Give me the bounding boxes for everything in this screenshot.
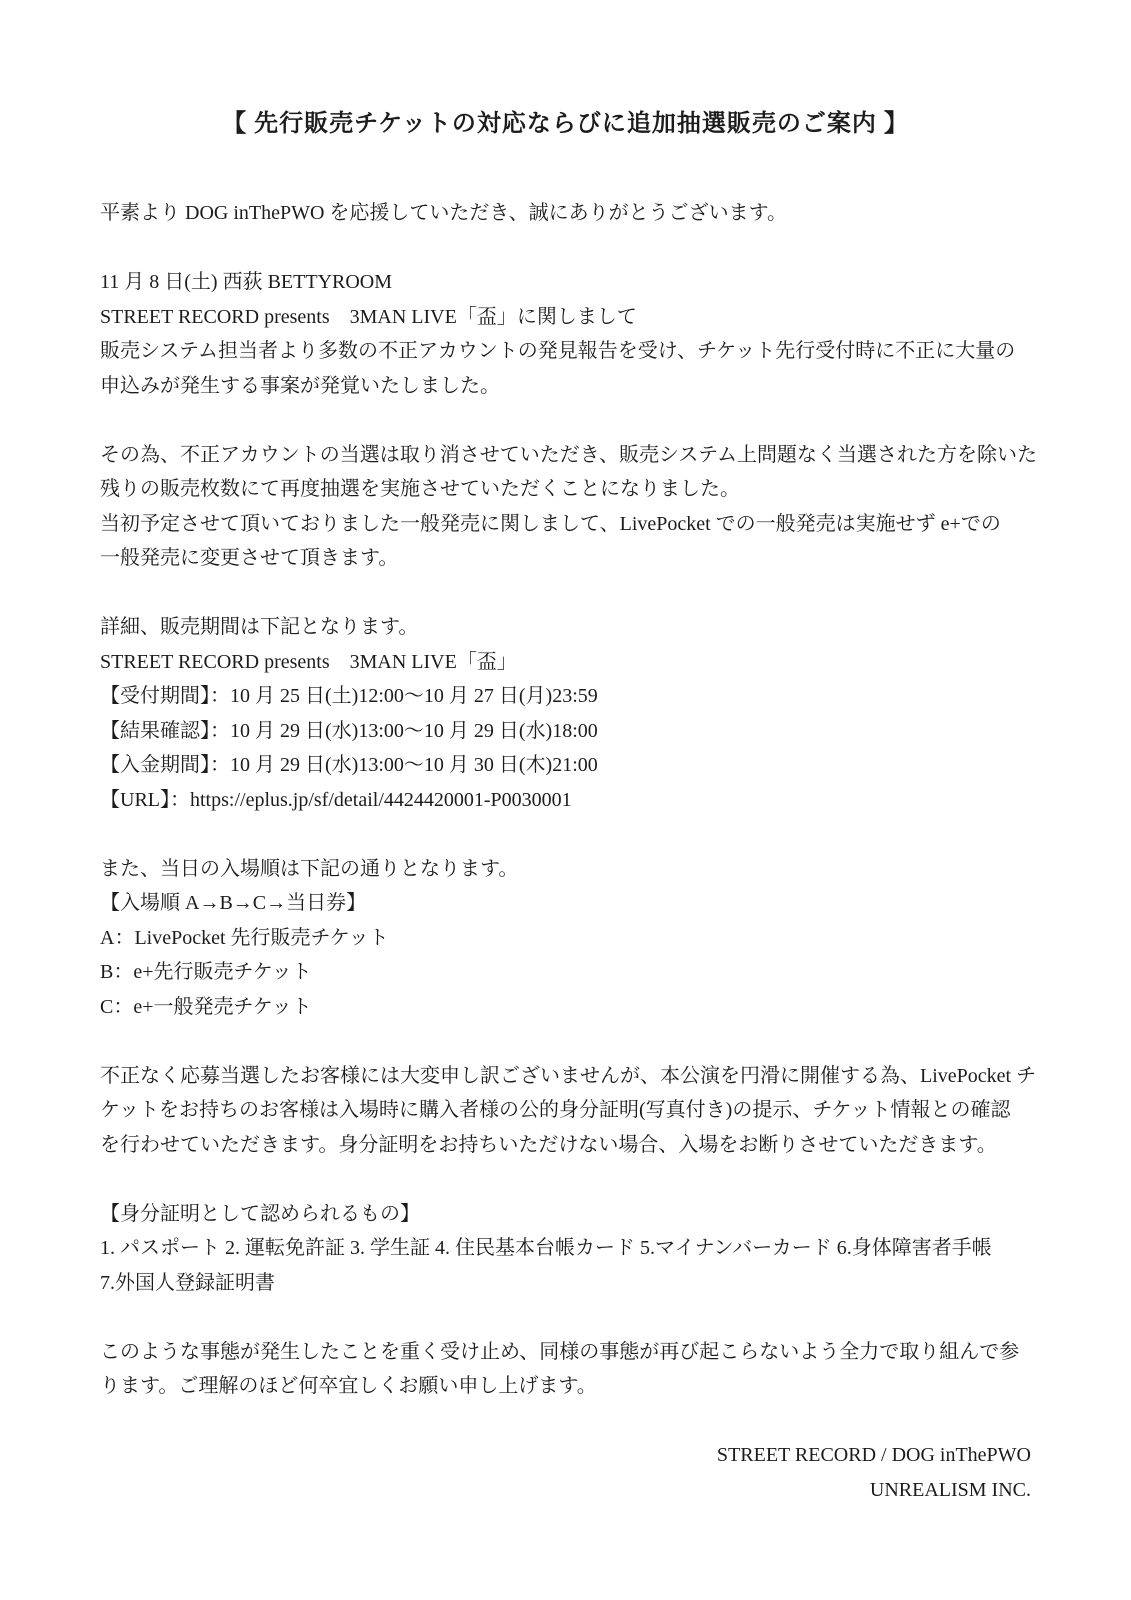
event-title-line: STREET RECORD presents 3MAN LIVE「盃」: [100, 645, 1031, 680]
page-title: 【 先行販売チケットの対応ならびに追加抽選販売のご案内 】: [100, 104, 1031, 144]
signature-organizer-line: STREET RECORD / DOG inThePWO: [100, 1438, 1031, 1473]
entry-group-a-line: A：LivePocket 先行販売チケット: [100, 921, 1031, 956]
text-line: 当初予定させて頂いておりました一般発売に関しまして、LivePocket での一…: [100, 507, 1031, 542]
text-line: ります。ご理解のほど何卒宜しくお願い申し上げます。: [100, 1369, 1031, 1404]
accepted-ids-heading-line: 【身分証明として認められるもの】: [100, 1197, 1031, 1232]
ticket-url-line: 【URL】：https://eplus.jp/sf/detail/4424420…: [100, 783, 1031, 818]
text-line: 平素より DOG inThePWO を応援していただき、誠にありがとうございます…: [100, 196, 1031, 231]
sales-period-intro-line: 詳細、販売期間は下記となります。: [100, 610, 1031, 645]
entry-order-heading-line: 【入場順 A→B→C→当日券】: [100, 886, 1031, 921]
event-title-line: STREET RECORD presents 3MAN LIVE「盃」に関しまし…: [100, 300, 1031, 335]
signature-company-line: UNREALISM INC.: [100, 1473, 1031, 1508]
block-accepted-ids: 【身分証明として認められるもの】 1. パスポート 2. 運転免許証 3. 学生…: [100, 1197, 1031, 1301]
text-line: 販売システム担当者より多数の不正アカウントの発見報告を受け、チケット先行受付時に…: [100, 334, 1031, 369]
text-line: このような事態が発生したことを重く受け止め、同様の事態が再び起こらないよう全力で…: [100, 1335, 1031, 1370]
event-date-venue-line: 11 月 8 日(土) 西荻 BETTYROOM: [100, 265, 1031, 300]
block-entry-order: また、当日の入場順は下記の通りとなります。 【入場順 A→B→C→当日券】 A：…: [100, 852, 1031, 1025]
text-line: ケットをお持ちのお客様は入場時に購入者様の公的身分証明(写真付き)の提示、チケッ…: [100, 1093, 1031, 1128]
result-check-line: 【結果確認】：10 月 29 日(水)13:00〜10 月 29 日(水)18:…: [100, 714, 1031, 749]
paragraph-id-verification: 不正なく応募当選したお客様には大変申し訳ございませんが、本公演を円滑に開催する為…: [100, 1059, 1031, 1163]
block-sales-period: 詳細、販売期間は下記となります。 STREET RECORD presents …: [100, 610, 1031, 817]
reception-period-line: 【受付期間】：10 月 25 日(土)12:00〜10 月 27 日(月)23:…: [100, 679, 1031, 714]
entry-group-b-line: B：e+先行販売チケット: [100, 955, 1031, 990]
payment-period-line: 【入金期間】：10 月 29 日(水)13:00〜10 月 30 日(木)21:…: [100, 748, 1031, 783]
paragraph-closing: このような事態が発生したことを重く受け止め、同様の事態が再び起こらないよう全力で…: [100, 1335, 1031, 1404]
text-line: 一般発売に変更させて頂きます。: [100, 541, 1031, 576]
paragraph-relottery-measures: その為、不正アカウントの当選は取り消させていただき、販売システム上問題なく当選さ…: [100, 438, 1031, 576]
paragraph-event-incident: 11 月 8 日(土) 西荻 BETTYROOM STREET RECORD p…: [100, 265, 1031, 403]
accepted-ids-list-line: 7.外国人登録証明書: [100, 1266, 1031, 1301]
text-line: を行わせていただきます。身分証明をお持ちいただけない場合、入場をお断りさせていた…: [100, 1128, 1031, 1163]
text-line: 残りの販売枚数にて再度抽選を実施させていただくことになりました。: [100, 472, 1031, 507]
text-line: その為、不正アカウントの当選は取り消させていただき、販売システム上問題なく当選さ…: [100, 438, 1031, 473]
notice-document: 【 先行販売チケットの対応ならびに追加抽選販売のご案内 】 平素より DOG i…: [0, 0, 1131, 1600]
text-line: 不正なく応募当選したお客様には大変申し訳ございませんが、本公演を円滑に開催する為…: [100, 1059, 1031, 1094]
text-line: 申込みが発生する事案が発覚いたしました。: [100, 369, 1031, 404]
entry-order-intro-line: また、当日の入場順は下記の通りとなります。: [100, 852, 1031, 887]
paragraph-greeting: 平素より DOG inThePWO を応援していただき、誠にありがとうございます…: [100, 196, 1031, 231]
accepted-ids-list-line: 1. パスポート 2. 運転免許証 3. 学生証 4. 住民基本台帳カード 5.…: [100, 1231, 1031, 1266]
entry-group-c-line: C：e+一般発売チケット: [100, 990, 1031, 1025]
signature: STREET RECORD / DOG inThePWO UNREALISM I…: [100, 1438, 1031, 1507]
